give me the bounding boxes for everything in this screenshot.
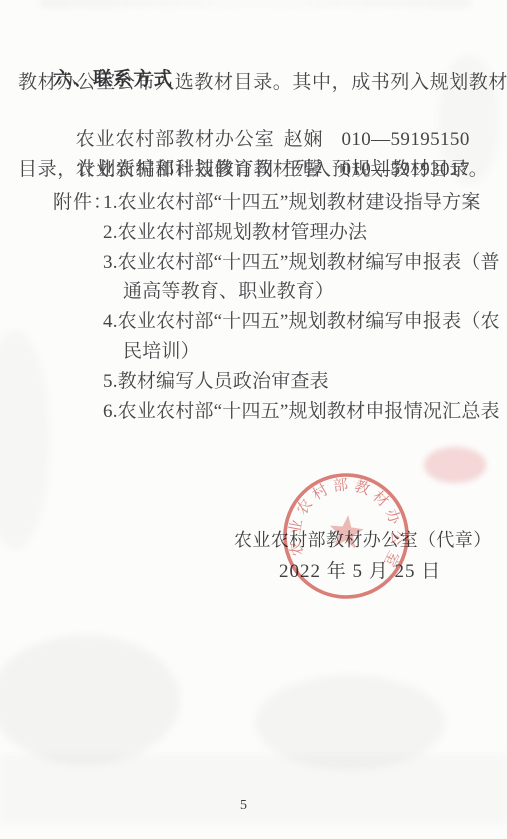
attachment-item-continuation: 民培训）: [123, 337, 493, 367]
attachment-item-continuation: 通高等教育、职业教育）: [123, 277, 493, 307]
document-page: 教材办公室公布入选教材目录。其中，成书列入规划教材 目录，计划新编和计划修订教材…: [0, 0, 507, 839]
signoff-date: 2022 年 5 月 25 日: [279, 560, 441, 583]
svg-text:农业农村部教材办公室: 农业农村部教材办公室: [284, 471, 410, 570]
ink-smudge: [424, 447, 486, 483]
section-heading: 六、联系方式: [53, 66, 174, 95]
attachment-item: 6.农业农村部“十四五”规划教材申报情况汇总表: [103, 397, 493, 427]
attachment-item: 4.农业农村部“十四五”规划教材编写申报表（农: [103, 307, 493, 337]
scan-artifact: [0, 330, 50, 550]
attachment-item: 5.教材编写人员政治审查表: [103, 367, 493, 397]
contact-name: 王馨: [284, 159, 324, 180]
page-number: 5: [240, 798, 247, 814]
attachment-item: 1.农业农村部“十四五”规划教材建设指导方案: [103, 188, 493, 218]
attachments-list: 1.农业农村部“十四五”规划教材建设指导方案2.农业农村部规划教材管理办法3.农…: [103, 188, 493, 426]
seal-arc-text: 农业农村部教材办公室: [284, 471, 410, 570]
scan-artifact: [0, 755, 507, 825]
signoff-organization: 农业农村部教材办公室（代章）: [234, 529, 492, 551]
contact-dept: 农业农村部科技教育司: [76, 159, 275, 180]
scan-artifact: [40, 0, 470, 6]
contact-phone: 010—59193017: [341, 159, 469, 180]
attachment-item: 3.农业农村部“十四五”规划教材编写申报表（普: [103, 248, 493, 278]
scan-artifact: [0, 635, 180, 765]
attachment-item: 2.农业农村部规划教材管理办法: [103, 218, 493, 248]
scan-artifact: [255, 675, 445, 770]
